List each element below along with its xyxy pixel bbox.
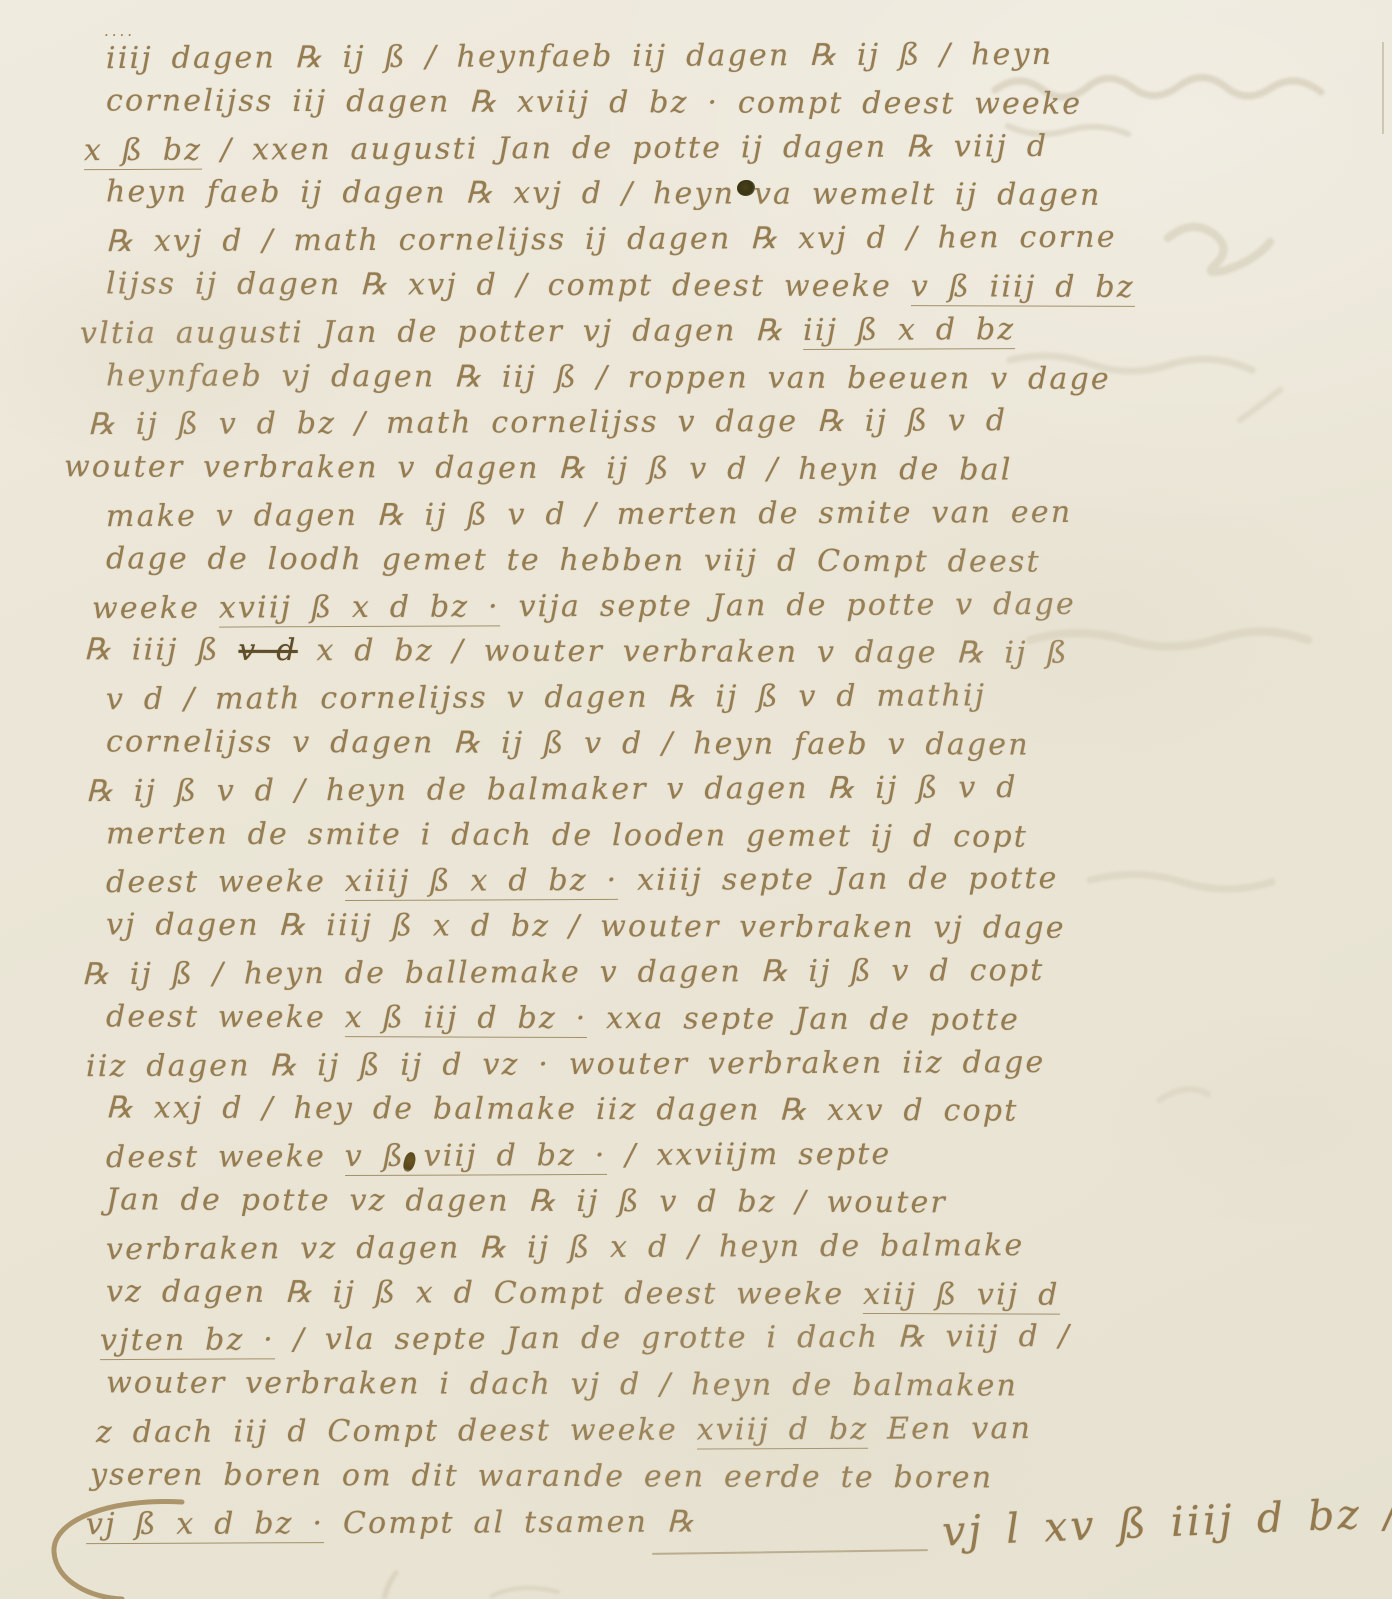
text-segment: wouter verbraken v dagen ℞ ij ß v d / he…	[64, 449, 1013, 487]
text-segment: ℞ ij ß / heyn de ballemake v dagen ℞ ij …	[82, 953, 1045, 992]
text-segment: x d bz / wouter verbraken v dage ℞ ij ß	[298, 633, 1069, 671]
manuscript-line: iiz dagen ℞ ij ß ij d vz · wouter verbra…	[86, 1039, 1066, 1089]
underlined-week-sum: x ß bz	[84, 132, 202, 170]
show-through-mark	[1168, 227, 1270, 272]
manuscript-line: wouter verbraken i dach vj d / heyn de b…	[106, 1360, 1066, 1409]
manuscript-line: vz dagen ℞ ij ß x d Compt deest weeke xi…	[106, 1269, 1066, 1318]
underlined-week-sum: vj ß x d bz ·	[86, 1506, 324, 1544]
text-segment: / vla septe Jan de grotte i dach ℞ viij …	[275, 1319, 1071, 1357]
manuscript-line: deest weeke v ß viij d bz · / xxviijm se…	[106, 1131, 1066, 1181]
manuscript-text: iiij dagen ℞ ij ß / heynfaeb iij dagen ℞…	[106, 34, 1066, 1545]
show-through-mark	[1030, 631, 1308, 646]
manuscript-line: heyn faeb ij dagen ℞ xvj d / heyn va wem…	[106, 170, 1066, 219]
underlined-week-sum: v ß viij d bz ·	[345, 1138, 607, 1176]
text-segment: cornelijss iij dagen ℞ xviij d bz · comp…	[106, 83, 1082, 121]
struck-out-text: v d	[238, 633, 297, 668]
underlined-week-sum: vjten bz ·	[100, 1323, 275, 1361]
text-segment: xxa septe Jan de potte	[587, 1001, 1020, 1038]
manuscript-line: verbraken vz dagen ℞ ij ß x d / heyn de …	[106, 1223, 1066, 1273]
show-through-mark	[1240, 390, 1280, 420]
manuscript-line: yseren boren om dit warande een eerde te…	[90, 1452, 1066, 1501]
text-segment: dage de loodh gemet te hebben viij d Com…	[106, 541, 1041, 579]
text-segment: lijss ij dagen ℞ xvj d / compt deest wee…	[106, 266, 911, 304]
text-segment: make v dagen ℞ ij ß v d / merten de smit…	[106, 495, 1072, 534]
text-segment: / xxen augusti Jan de potte ij dagen ℞ v…	[202, 129, 1048, 168]
manuscript-line: ℞ ij ß v d / heyn de balmaker v dagen ℞ …	[86, 765, 1066, 815]
text-segment: iiij dagen ℞ ij ß / heynfaeb iij dagen ℞…	[106, 37, 1053, 76]
text-segment: iiz dagen ℞ ij ß ij d vz · wouter verbra…	[86, 1044, 1046, 1083]
manuscript-line: ℞ xvj d / math cornelijss ij dagen ℞ xvj…	[106, 215, 1066, 265]
pen-stroke-mark	[384, 1573, 396, 1599]
manuscript-line: cornelijss v dagen ℞ ij ß v d / heyn fae…	[106, 719, 1066, 768]
manuscript-line: Jan de potte vz dagen ℞ ij ß v d bz / wo…	[106, 1177, 1066, 1226]
manuscript-line: cornelijss iij dagen ℞ xviij d bz · comp…	[106, 78, 1066, 127]
text-segment: wouter verbraken i dach vj d / heyn de b…	[106, 1365, 1018, 1403]
manuscript-line: lijss ij dagen ℞ xvj d / compt deest wee…	[106, 261, 1066, 310]
manuscript-line: ℞ ij ß v d bz / math cornelijss v dage ℞…	[88, 398, 1066, 448]
text-segment: heynfaeb vj dagen ℞ iij ß / roppen van b…	[106, 358, 1111, 397]
manuscript-line: vltia augusti Jan de potter vj dagen ℞ i…	[80, 307, 1066, 357]
manuscript-line: z dach iij d Compt deest weeke xviij d b…	[96, 1406, 1066, 1456]
manuscript-line: weeke xviij ß x d bz · vija septe Jan de…	[92, 581, 1066, 631]
text-segment: v d / math cornelijss v dagen ℞ ij ß v d…	[106, 678, 986, 717]
text-segment: ℞ ij ß v d bz / math cornelijss v dage ℞…	[88, 403, 1007, 442]
underlined-week-sum: xiiij ß x d bz ·	[345, 863, 619, 901]
text-segment: ℞ xvj d / math cornelijss ij dagen ℞ xvj…	[106, 220, 1117, 259]
text-segment: weeke	[92, 590, 219, 626]
text-segment: Compt al tsamen ℞	[324, 1504, 696, 1541]
text-segment: heyn faeb ij dagen ℞ xvj d / heyn va wem…	[106, 175, 1102, 213]
pen-stroke-mark	[492, 1588, 558, 1596]
show-through-mark	[1160, 1089, 1208, 1100]
manuscript-page: ···· iiij dagen ℞ ij ß / heynfaeb iij da…	[0, 0, 1392, 1599]
manuscript-line: heynfaeb vj dagen ℞ iij ß / roppen van b…	[106, 353, 1066, 402]
text-segment: / xxviijm septe	[607, 1137, 892, 1173]
text-segment: ℞ ij ß v d / heyn de balmaker v dagen ℞ …	[86, 770, 1018, 809]
text-segment: Jan de potte vz dagen ℞ ij ß v d bz / wo…	[106, 1182, 947, 1220]
text-segment: deest weeke	[106, 1139, 345, 1175]
manuscript-line: deest weeke x ß iij d bz · xxa septe Jan…	[106, 994, 1066, 1043]
manuscript-line: vjten bz · / vla septe Jan de grotte i d…	[100, 1314, 1066, 1364]
text-segment: xiiij septe Jan de potte	[618, 861, 1058, 898]
manuscript-line: x ß bz / xxen augusti Jan de potte ij da…	[84, 123, 1066, 173]
underlined-week-sum: v ß iiij d bz	[911, 269, 1135, 307]
manuscript-line: vj ß x d bz · Compt al tsamen ℞	[86, 1497, 1066, 1547]
text-segment: deest weeke	[106, 999, 345, 1035]
underlined-week-sum: xiij ß vij d	[863, 1276, 1060, 1314]
text-segment: vj dagen ℞ iiij ß x d bz / wouter verbra…	[106, 907, 1066, 945]
manuscript-line: deest weeke xiiij ß x d bz · xiiij septe…	[106, 856, 1066, 906]
text-segment: vija septe Jan de potte v dage	[500, 586, 1076, 624]
text-segment: yseren boren om dit warande een eerde te…	[90, 1457, 993, 1495]
text-segment: vltia augusti Jan de potter vj dagen ℞	[80, 313, 803, 351]
page-edge-mark	[1382, 42, 1384, 134]
manuscript-line: ℞ iiij ß v d x d bz / wouter verbraken v…	[84, 628, 1066, 677]
underlined-week-sum: iij ß x d bz	[803, 312, 1015, 350]
text-segment: verbraken vz dagen ℞ ij ß x d / heyn de …	[106, 1228, 1025, 1267]
underlined-week-sum: xviij ß x d bz ·	[219, 589, 500, 627]
text-segment: z dach iij d Compt deest weeke	[96, 1412, 697, 1450]
manuscript-line: merten de smite i dach de looden gemet i…	[106, 811, 1066, 860]
underlined-week-sum: xviij d bz	[697, 1412, 869, 1450]
manuscript-line: iiij dagen ℞ ij ß / heynfaeb iij dagen ℞…	[106, 32, 1066, 82]
manuscript-line: wouter verbraken v dagen ℞ ij ß v d / he…	[64, 444, 1066, 493]
text-segment: ℞ xxj d / hey de balmake iiz dagen ℞ xxv…	[106, 1091, 1019, 1129]
text-segment: vz dagen ℞ ij ß x d Compt deest weeke	[106, 1274, 863, 1312]
manuscript-line: v d / math cornelijss v dagen ℞ ij ß v d…	[106, 673, 1066, 723]
manuscript-line: ℞ xxj d / hey de balmake iiz dagen ℞ xxv…	[106, 1086, 1066, 1135]
sum-rule-line	[652, 1549, 928, 1555]
text-segment: merten de smite i dach de looden gemet i…	[106, 816, 1028, 854]
show-through-mark	[1090, 874, 1272, 889]
text-segment: ℞ iiij ß	[84, 633, 239, 669]
text-segment: Een van	[868, 1411, 1032, 1447]
underlined-week-sum: x ß iij d bz ·	[345, 1000, 588, 1038]
text-segment: deest weeke	[106, 864, 345, 900]
manuscript-line: make v dagen ℞ ij ß v d / merten de smit…	[106, 490, 1066, 540]
manuscript-line: vj dagen ℞ iiij ß x d bz / wouter verbra…	[106, 902, 1066, 951]
manuscript-line: dage de loodh gemet te hebben viij d Com…	[106, 536, 1066, 585]
text-segment: cornelijss v dagen ℞ ij ß v d / heyn fae…	[106, 724, 1030, 762]
manuscript-line: ℞ ij ß / heyn de ballemake v dagen ℞ ij …	[82, 948, 1066, 998]
